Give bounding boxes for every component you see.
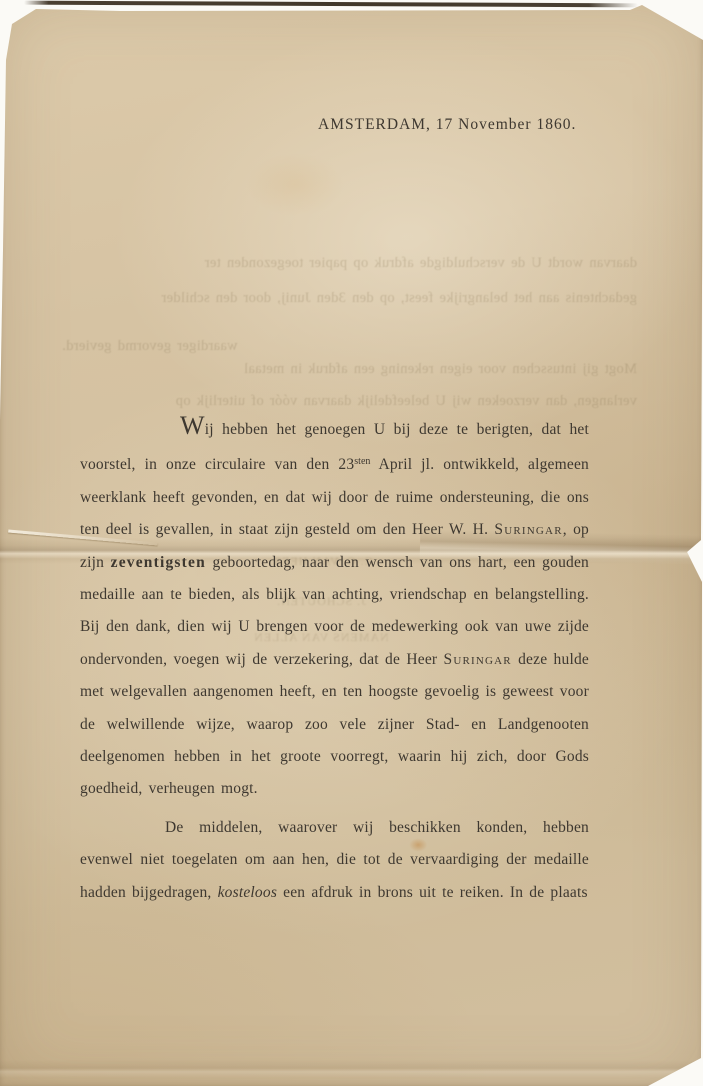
paragraph-text: deze hulde met welgevallen aangenomen he… xyxy=(80,651,589,798)
emphasis-italic: kosteloos xyxy=(218,884,278,901)
paragraph-text: een afdruk in brons uit te reiken. In de… xyxy=(277,884,588,901)
letter-paragraph-2: De middelen, waarover wij beschikken kon… xyxy=(80,812,589,909)
drop-initial: W xyxy=(180,411,205,440)
letter-paragraph-1: Wij hebben het genoegen U bij deze te be… xyxy=(80,414,589,806)
superscript-ordinal: sten xyxy=(354,456,370,467)
paper-top-edge-shadow xyxy=(24,1,638,8)
bottom-crease xyxy=(0,1060,703,1078)
ghost-line: verlangen, dan verzoeken wij U beleefdel… xyxy=(62,393,637,410)
name-suringar-smallcaps: Suringar xyxy=(494,521,562,538)
name-suringar-smallcaps: Suringar xyxy=(444,651,512,668)
ghost-line: waardiger gevormd gevierd. xyxy=(62,338,637,355)
date-line: AMSTERDAM, 17 November 1860. xyxy=(318,116,576,134)
emphasis-bold: zeventigsten xyxy=(111,554,206,571)
letter-body: Wij hebben het genoegen U bij deze te be… xyxy=(80,414,589,909)
bleedthrough-text-block: daarvan wordt U de verschuldigde afdruk … xyxy=(62,255,637,435)
ghost-line: daarvan wordt U de verschuldigde afdruk … xyxy=(62,255,637,272)
ghost-line: gedachtenis aan het belangrijke feest, o… xyxy=(62,290,637,307)
scanned-letter-photo: daarvan wordt U de verschuldigde afdruk … xyxy=(0,0,703,1086)
ghost-line: Mogt gij intusschen voor eigen rekening … xyxy=(62,361,637,378)
paper-sheet: daarvan wordt U de verschuldigde afdruk … xyxy=(0,0,703,1086)
